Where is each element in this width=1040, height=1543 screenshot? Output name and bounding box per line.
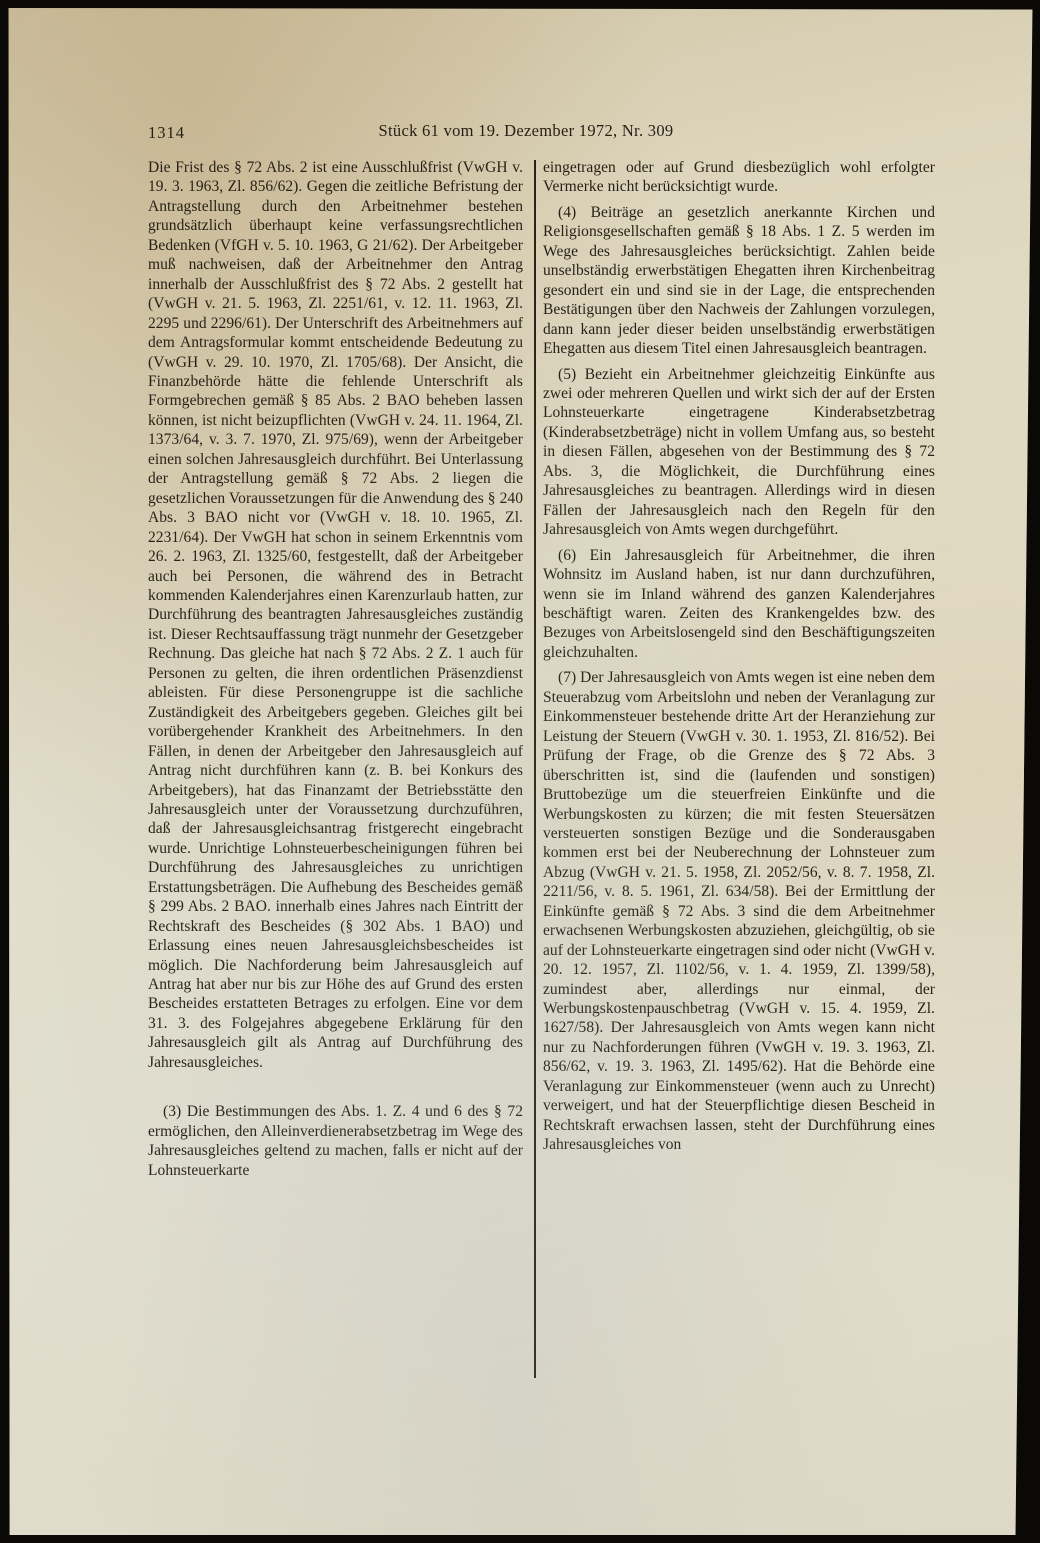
scanned-page: 1314 Stück 61 vom 19. Dezember 1972, Nr.…: [0, 0, 1040, 1543]
paragraph-continuation-abs2: Die Frist des § 72 Abs. 2 ist eine Aussc…: [148, 158, 523, 1072]
header-title: Stück 61 vom 19. Dezember 1972, Nr. 309: [148, 121, 904, 141]
paragraph-abs5: (5) Bezieht ein Arbeitnehmer gleichzeiti…: [543, 365, 935, 540]
column-divider-rule: [534, 160, 536, 1378]
paragraph-abs4: (4) Beiträge an gesetzlich anerkannte Ki…: [543, 203, 935, 359]
left-column: Die Frist des § 72 Abs. 2 ist eine Aussc…: [148, 158, 523, 1180]
paragraph-abs3: (3) Die Bestimmungen des Abs. 1. Z. 4 un…: [148, 1102, 523, 1180]
paper-sheet: 1314 Stück 61 vom 19. Dezember 1972, Nr.…: [7, 8, 1034, 1535]
right-column: eingetragen oder auf Grund diesbezüglich…: [543, 158, 935, 1155]
paragraph-abs6: (6) Ein Jahresausgleich für Arbeitnehmer…: [543, 546, 935, 663]
paragraph-abs7: (7) Der Jahresausgleich von Amts wegen i…: [543, 668, 935, 1154]
page-header: 1314 Stück 61 vom 19. Dezember 1972, Nr.…: [148, 121, 934, 145]
paragraph-continuation-abs3: eingetragen oder auf Grund diesbezüglich…: [543, 158, 935, 197]
